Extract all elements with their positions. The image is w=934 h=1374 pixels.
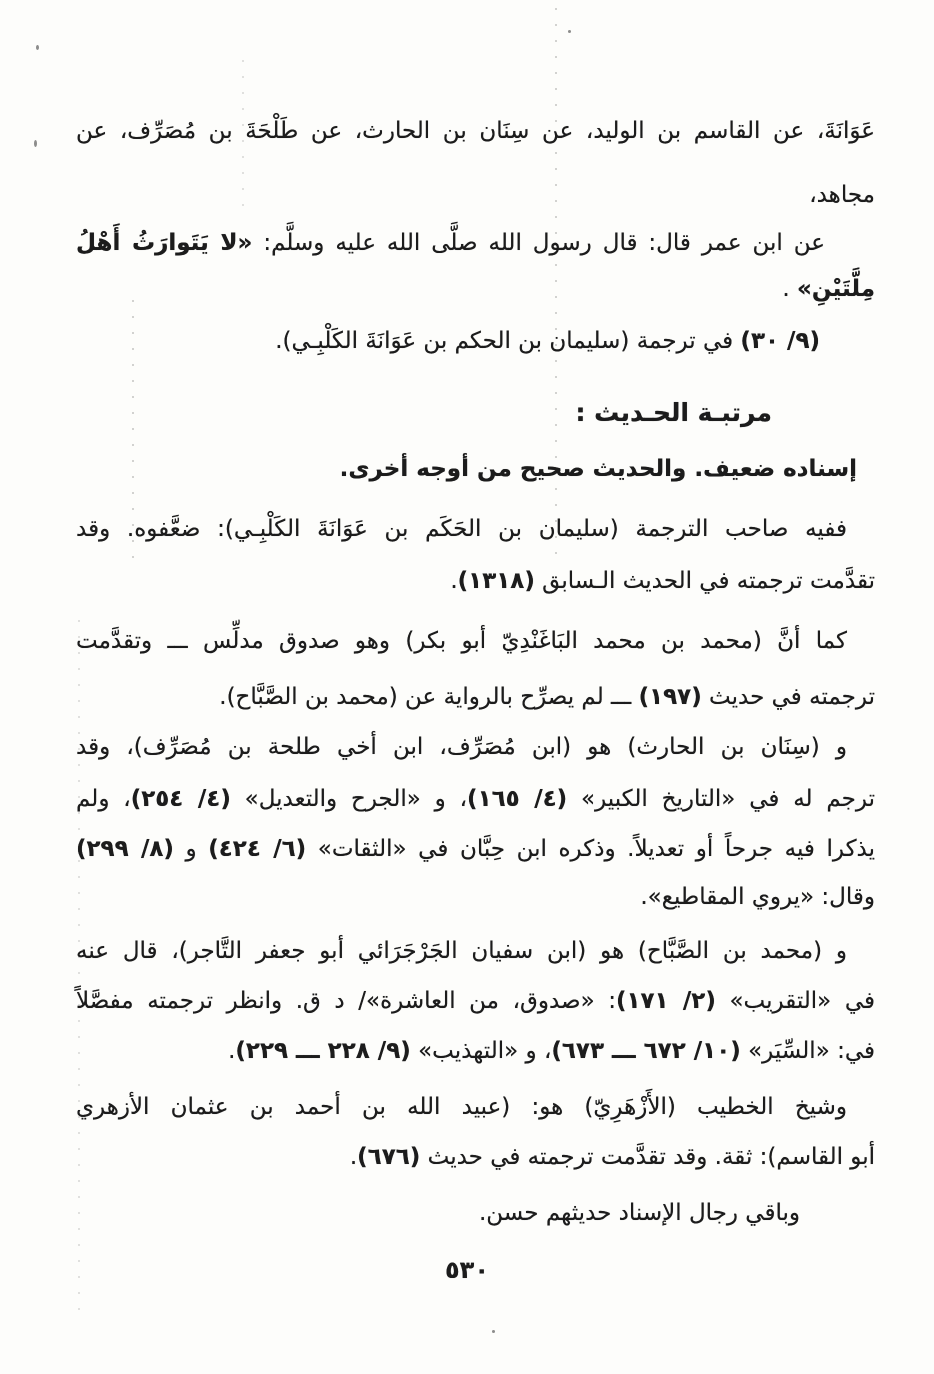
bold-text-segment: مِلَّتَيْنِ» [797,276,875,302]
bold-text-segment: (٢/ ١٧١) [616,988,716,1014]
text-segment: ، ولم [76,786,131,812]
text-line-2: مجاهد، [76,176,875,214]
text-segment: . [782,276,797,302]
text-line-5: (٩/ ٣٠) في ترجمة (سليمان بن الحكم بن عَو… [76,322,875,360]
text-line-20: أبو القاسم): ثقة. وقد تقدَّمت ترجمته في … [76,1138,875,1176]
text-segment: كما أنَّ (محمد بن محمد البَاغَنْدِيّ أبو… [76,628,847,654]
text-segment: . [450,568,457,594]
text-line-10: كما أنَّ (محمد بن محمد البَاغَنْدِيّ أبو… [76,622,875,660]
text-line-3: عن ابن عمر قال: قال رسول الله صلَّى الله… [76,224,875,262]
text-line-4: مِلَّتَيْنِ» . [76,270,875,308]
text-line-21: وباقي رجال الإسناد حديثهم حسن. [76,1194,875,1232]
scanned-book-page: عَوَانَةَ، عن القاسم بن الوليد، عن سِنَا… [0,0,934,1374]
page-number: ٥٣٠ [0,1256,934,1284]
text-line-15: وقال: «يروي المقاطيع». [76,878,875,916]
scan-artifact [36,45,39,50]
bold-text-segment: (١٠/ ٦٧٢ ـــ ٦٧٣) [551,1038,740,1064]
text-line-19: وشيخ الخطيب (الأَزْهَرِيّ) هو: (عبيد الل… [76,1088,875,1126]
bold-text-segment: «لا يَتَوارَثُ أَهْلُ [76,230,252,256]
text-segment: وشيخ الخطيب (الأَزْهَرِيّ) هو: (عبيد الل… [76,1094,847,1120]
scan-artifact [492,1330,495,1333]
text-line-16: و (محمد بن الصَّبَّاح) هو (ابن سفيان الج… [76,932,875,970]
text-segment: وباقي رجال الإسناد حديثهم حسن. [479,1200,800,1226]
text-segment: ـــ لم يصرِّح بالرواية عن (محمد بن الصَّ… [219,684,638,710]
text-segment: عَوَانَةَ، عن القاسم بن الوليد، عن سِنَا… [76,118,875,144]
bold-text-segment: (٨/ ٢٩٩) [76,836,174,862]
text-segment: في «التقريب» [716,988,875,1014]
text-line-12: و (سِنَان بن الحارث) هو (ابن مُصَرِّف، ا… [76,728,875,766]
text-segment: وقال: «يروي المقاطيع». [640,884,875,910]
bold-text-segment: (٩/ ٣٠) [740,328,820,354]
scan-artifact [568,30,571,33]
bold-text-segment: (١٩٧) [639,684,702,710]
text-segment: ، و «التهذيب» [411,1038,552,1064]
bold-text-segment: إسناده ضعيف. والحديث صحيح من أوجه أخرى. [340,456,857,482]
text-segment: في ترجمة (سليمان بن الحكم بن عَوَانَةَ ا… [275,328,740,354]
hadith-grade-heading: مرتبـة الحـديث : [575,394,772,432]
text-segment: و (سِنَان بن الحارث) هو (ابن مُصَرِّف، ا… [76,734,847,760]
text-segment: عن ابن عمر قال: قال رسول الله صلَّى الله… [252,230,825,256]
text-segment: يذكرا فيه جرحاً أو تعديلاً. وذكره ابن حِ… [306,836,875,862]
text-line-8: ففيه صاحب الترجمة (سليمان بن الحَكَم بن … [76,510,875,548]
bold-text-segment: (٦/ ٤٢٤) [208,836,306,862]
text-line-1: عَوَانَةَ، عن القاسم بن الوليد، عن سِنَا… [76,112,875,150]
text-line-7: إسناده ضعيف. والحديث صحيح من أوجه أخرى. [76,450,875,488]
text-segment: أبو القاسم): ثقة. وقد تقدَّمت ترجمته في … [420,1144,875,1170]
text-line-18: في: «السِّيَر» (١٠/ ٦٧٢ ـــ ٦٧٣)، و «الت… [76,1032,875,1070]
bold-text-segment: (١٣١٨) [458,568,535,594]
bold-text-segment: (٤/ ١٦٥) [467,786,567,812]
text-line-17: في «التقريب» (٢/ ١٧١): «صدوق، من العاشرة… [76,982,875,1020]
text-line-11: ترجمته في حديث (١٩٧) ـــ لم يصرِّح بالرو… [76,678,875,716]
text-segment: تقدَّمت ترجمته في الحديث الـسابق [535,568,875,594]
text-segment: ترجم له في «التاريخ الكبير» [567,786,875,812]
text-line-13: ترجم له في «التاريخ الكبير» (٤/ ١٦٥)، و … [76,780,875,818]
bold-text-segment: (٦٧٦) [357,1144,420,1170]
text-line-9: تقدَّمت ترجمته في الحديث الـسابق (١٣١٨). [76,562,875,600]
bold-text-segment: (٤/ ٢٥٤) [131,786,231,812]
bold-text-segment: (٩/ ٢٢٨ ـــ ٢٢٩) [235,1038,410,1064]
text-segment: و (محمد بن الصَّبَّاح) هو (ابن سفيان الج… [76,938,847,964]
text-segment: ، و «الجرح والتعديل» [231,786,467,812]
text-segment: ترجمته في حديث [702,684,875,710]
text-segment: مجاهد، [809,182,875,208]
text-segment: و [174,836,208,862]
text-segment: ففيه صاحب الترجمة (سليمان بن الحَكَم بن … [76,516,847,542]
text-line-14: يذكرا فيه جرحاً أو تعديلاً. وذكره ابن حِ… [76,830,875,868]
text-segment: في: «السِّيَر» [741,1038,875,1064]
scan-artifact [34,140,37,147]
text-segment: : «صدوق، من العاشرة»/ د ق. وانظر ترجمته … [76,988,616,1014]
